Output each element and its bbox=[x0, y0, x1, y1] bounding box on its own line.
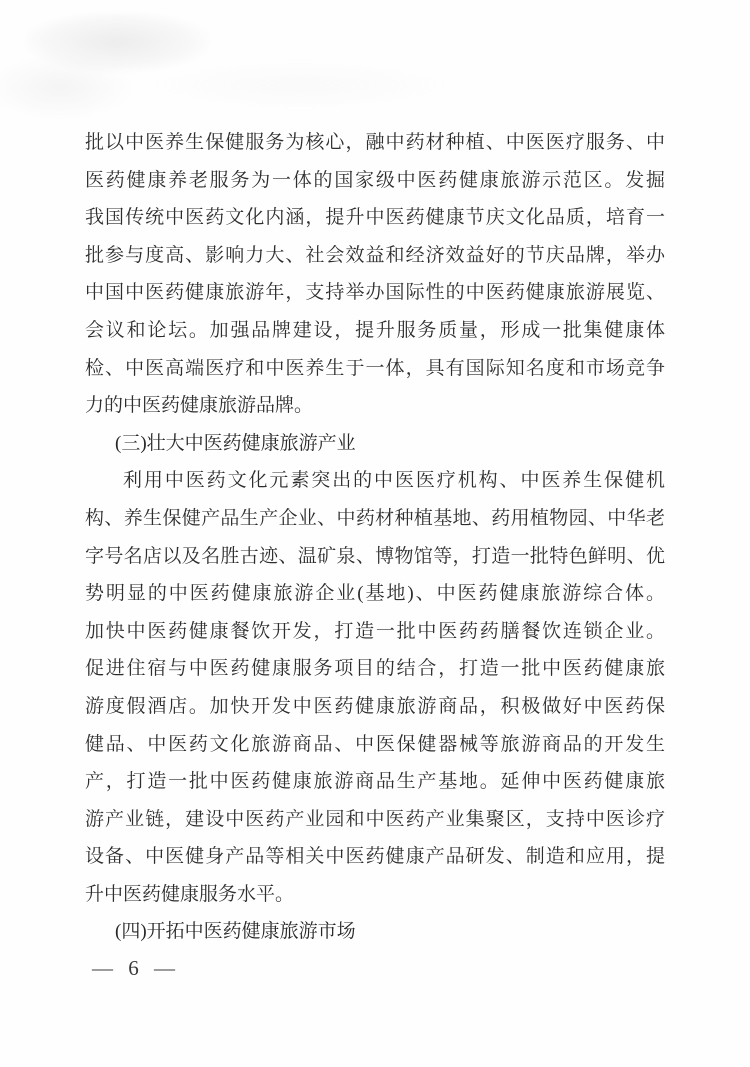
document-page: 批以中医养生保健服务为核心，融中药材种植、中医医疗服务、中 医药健康养老服务为一… bbox=[0, 0, 750, 1067]
text-line: 检、中医高端医疗和中医养生于一体，具有国际知名度和市场竞争 bbox=[85, 350, 665, 388]
page-number-footer: — 6 — bbox=[92, 953, 180, 983]
section-heading-4: (四)开拓中医药健康旅游市场 bbox=[85, 913, 665, 951]
text-line: 批以中医养生保健服务为核心，融中药材种植、中医医疗服务、中 bbox=[85, 124, 665, 162]
text-line: 会议和论坛。加强品牌建设，提升服务质量，形成一批集健康体 bbox=[85, 312, 665, 350]
body-text: 批以中医养生保健服务为核心，融中药材种植、中医医疗服务、中 医药健康养老服务为一… bbox=[85, 124, 665, 951]
text-line: 健品、中医药文化旅游商品、中医保健器械等旅游商品的开发生 bbox=[85, 726, 665, 764]
text-line: 产，打造一批中医药健康旅游商品生产基地。延伸中医药健康旅 bbox=[85, 763, 665, 801]
text-line: 构、养生保健产品生产企业、中药材种植基地、药用植物园、中华老 bbox=[85, 500, 665, 538]
scan-smudge bbox=[0, 55, 135, 120]
text-line: 加快中医药健康餐饮开发，打造一批中医药药膳餐饮连锁企业。 bbox=[85, 613, 665, 651]
text-line: 升中医药健康服务水平。 bbox=[85, 876, 665, 914]
text-line: 促进住宿与中医药健康服务项目的结合，打造一批中医药健康旅 bbox=[85, 650, 665, 688]
text-line: 医药健康养老服务为一体的国家级中医药健康旅游示范区。发掘 bbox=[85, 162, 665, 200]
text-line: 中国中医药健康旅游年，支持举办国际性的中医药健康旅游展览、 bbox=[85, 274, 665, 312]
scan-smudge bbox=[25, 12, 210, 72]
scan-smudge bbox=[150, 60, 450, 110]
text-line: 设备、中医健身产品等相关中医药健康产品研发、制造和应用，提 bbox=[85, 838, 665, 876]
text-line: 游产业链，建设中医药产业园和中医药产业集聚区，支持中医诊疗 bbox=[85, 801, 665, 839]
text-line: 利用中医药文化元素突出的中医医疗机构、中医养生保健机 bbox=[85, 462, 665, 500]
text-line: 批参与度高、影响力大、社会效益和经济效益好的节庆品牌，举办 bbox=[85, 237, 665, 275]
text-line: 我国传统中医药文化内涵，提升中医药健康节庆文化品质，培育一 bbox=[85, 199, 665, 237]
text-line: 游度假酒店。加快开发中医药健康旅游商品，积极做好中医药保 bbox=[85, 688, 665, 726]
text-line: 字号名店以及名胜古迹、温矿泉、博物馆等，打造一批特色鲜明、优 bbox=[85, 538, 665, 576]
text-line: 力的中医药健康旅游品牌。 bbox=[85, 387, 665, 425]
text-line: 势明显的中医药健康旅游企业(基地)、中医药健康旅游综合体。 bbox=[85, 575, 665, 613]
section-heading-3: (三)壮大中医药健康旅游产业 bbox=[85, 425, 665, 463]
